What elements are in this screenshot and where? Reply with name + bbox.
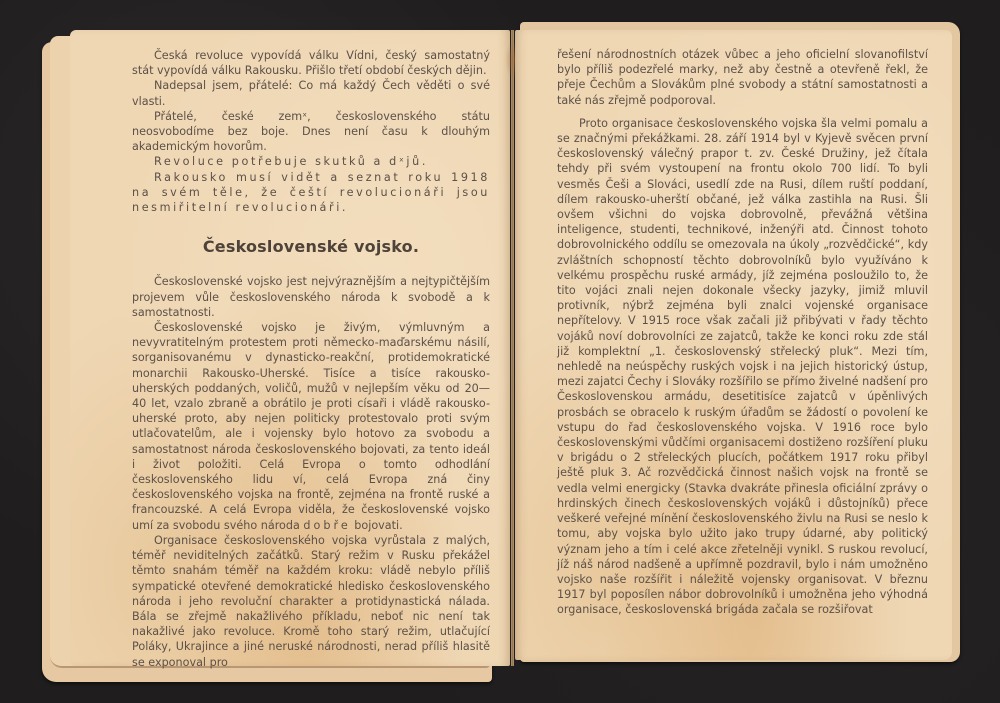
- book-spine: [511, 30, 514, 666]
- intro-paragraph-2: Nadepsal jsem, přátelé: Co má každý Čech…: [132, 78, 490, 108]
- right-paragraph-2: Proto organisace československého vojska…: [557, 116, 928, 618]
- body-paragraph-1: Československé vojsko jest nejvýraznější…: [132, 274, 490, 320]
- body-paragraph-2: Československé vojsko je živým, výmluvný…: [132, 320, 490, 533]
- body-paragraph-2-end: bojovati.: [354, 519, 402, 532]
- left-page: Česká revoluce vypovídá válku Vídni, čes…: [70, 30, 510, 666]
- body-paragraph-3: Organisace československého vojska vyrůs…: [132, 533, 490, 670]
- intro-paragraph-3: Přátelé, české zemˣ, československého st…: [132, 109, 490, 155]
- emphasis-spaced-word: dobře: [303, 519, 350, 532]
- intro-paragraph-1: Česká revoluce vypovídá válku Vídni, čes…: [132, 48, 490, 78]
- paragraph-gap: [557, 108, 928, 116]
- right-paragraph-1: řešení národnostních otázek vůbec a jeho…: [557, 47, 928, 108]
- open-booklet: Česká revoluce vypovídá válku Vídni, čes…: [0, 0, 1000, 703]
- spaced-line-1: Revoluce potřebuje skutků a dˣjů.: [132, 154, 490, 169]
- spaced-line-2: Rakousko musí vidět a seznat roku 1918 n…: [132, 170, 490, 216]
- chapter-heading: Československé vojsko.: [132, 239, 490, 254]
- body-paragraph-2-text: Československé vojsko je živým, výmluvný…: [132, 321, 490, 532]
- right-page: řešení národnostních otázek vůbec a jeho…: [515, 30, 952, 660]
